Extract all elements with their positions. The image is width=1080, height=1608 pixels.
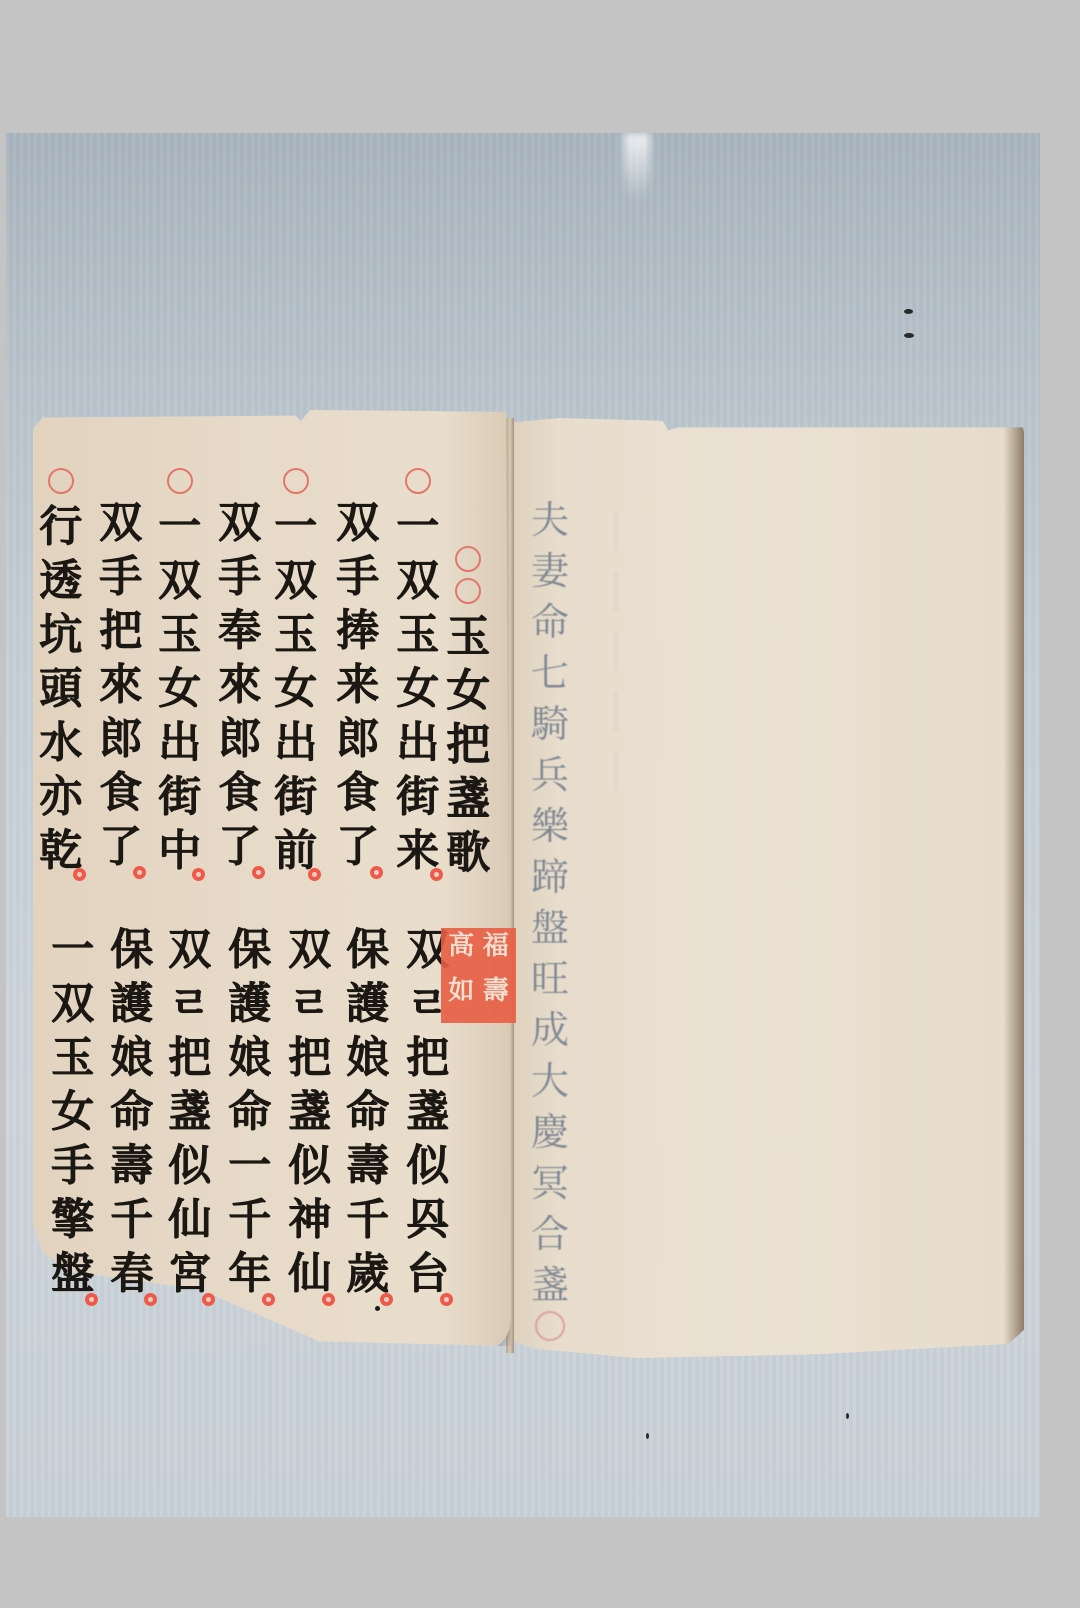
character: 命 — [110, 1085, 153, 1139]
character: 郎 — [99, 712, 142, 766]
verse-column-top: 一双玉女出街中 — [158, 468, 201, 878]
title-character: 歌 — [446, 826, 490, 880]
verse-column-top: 双手奉來郎食了 — [218, 468, 261, 874]
character: 玉 — [158, 608, 201, 662]
character: 似 — [406, 1139, 449, 1193]
character: 出 — [158, 716, 201, 770]
title-text: 玉女把盞歌 — [446, 610, 490, 880]
verse-start-circle — [48, 468, 74, 494]
verse-column-top: 双手把來郎食了 — [99, 468, 142, 874]
red-seal-stamp: 高 福 如 壽 — [441, 928, 516, 1023]
seal-char: 福 — [480, 932, 513, 975]
title-character: 盞 — [446, 772, 490, 826]
character: 双 — [99, 496, 142, 550]
character: 双 — [158, 554, 201, 608]
verse-column-top: 行透坑頭水亦乾 — [39, 468, 82, 878]
character: ㄹ — [169, 977, 211, 1031]
character: 娘 — [110, 1031, 153, 1085]
faint-character: 夫 — [531, 495, 569, 546]
character: 把 — [288, 1031, 331, 1085]
title-character: 把 — [446, 718, 490, 772]
character: 水 — [39, 716, 82, 770]
character: 玉 — [396, 608, 439, 662]
title-character: 玉 — [446, 610, 490, 664]
character: 頭 — [39, 662, 82, 716]
character: 手 — [336, 550, 379, 604]
character: 一 — [396, 500, 439, 554]
faint-character: 騎 — [531, 699, 569, 750]
character: 命 — [346, 1085, 389, 1139]
character: 命 — [228, 1085, 271, 1139]
surface-speck — [904, 309, 913, 314]
character: 街 — [396, 770, 439, 824]
verse-column-top: 双手捧来郎食了 — [336, 468, 379, 874]
character: 女 — [274, 662, 317, 716]
character: 一 — [228, 1139, 271, 1193]
character: 食 — [336, 766, 379, 820]
surface-speck — [904, 333, 914, 338]
faint-character: 成 — [531, 1005, 569, 1056]
verse-start-circle — [405, 468, 431, 494]
character: 玉 — [274, 608, 317, 662]
red-punctuation-dot — [73, 868, 86, 881]
verse-column-bottom: 一双玉女手擎盤 — [51, 895, 94, 1301]
character: 神 — [288, 1193, 331, 1247]
faint-character: 大 — [531, 1056, 569, 1107]
character: 來 — [218, 658, 261, 712]
character: 女 — [158, 662, 201, 716]
faint-character: 樂 — [531, 801, 569, 852]
faint-character: 盤 — [531, 903, 569, 954]
bleed-through-text: ｜｜｜｜｜ — [596, 503, 636, 803]
verse-column-bottom: 保護娘命壽千春 — [110, 895, 153, 1301]
character: ㄹ — [289, 977, 331, 1031]
character: 保 — [228, 923, 271, 977]
faint-character: 蹄 — [531, 852, 569, 903]
red-punctuation-dot — [370, 866, 383, 879]
character: 亦 — [39, 770, 82, 824]
red-punctuation-dot — [192, 868, 205, 881]
character: 把 — [168, 1031, 211, 1085]
character: 双 — [168, 923, 211, 977]
character: 出 — [396, 716, 439, 770]
title-character: 女 — [446, 664, 490, 718]
character: 手 — [51, 1139, 94, 1193]
faint-character: 兵 — [531, 750, 569, 801]
character: 一 — [51, 923, 94, 977]
character: 護 — [110, 977, 153, 1031]
red-punctuation-dot — [262, 1293, 275, 1306]
faint-character: 七 — [531, 648, 569, 699]
surface-speck — [646, 1433, 649, 1439]
character: 郎 — [336, 712, 379, 766]
red-punctuation-dot — [440, 1293, 453, 1306]
faint-character: 慶 — [531, 1107, 569, 1158]
character: 一 — [274, 500, 317, 554]
character: 擎 — [51, 1193, 94, 1247]
red-punctuation-dot — [85, 1293, 98, 1306]
red-punctuation-dot — [133, 866, 146, 879]
character: 出 — [274, 716, 317, 770]
character: 娘 — [228, 1031, 271, 1085]
character: 来 — [336, 658, 379, 712]
character: 把 — [406, 1031, 449, 1085]
right-page — [508, 418, 1024, 1358]
character: 街 — [274, 770, 317, 824]
character: 透 — [39, 554, 82, 608]
character: 食 — [99, 766, 142, 820]
character: 似 — [288, 1139, 331, 1193]
faint-character: 合 — [531, 1209, 569, 1260]
faint-handwritten-column: 夫妻命七騎兵樂蹄盤旺成大慶冥合盞 — [531, 495, 569, 1341]
character: 手 — [218, 550, 261, 604]
red-punctuation-dot — [322, 1293, 335, 1306]
red-punctuation-dot — [430, 868, 443, 881]
seal-char: 如 — [445, 977, 478, 1020]
verse-column-bottom: 保護娘命壽千歲 — [346, 895, 389, 1301]
verse-column-bottom: 双ㄹ把盞似仙宮 — [168, 895, 211, 1301]
title-circle-mark — [455, 578, 481, 604]
character: 來 — [99, 658, 142, 712]
character: 保 — [346, 923, 389, 977]
faint-character: 妻 — [531, 546, 569, 597]
character: 食 — [218, 766, 261, 820]
song-title: 玉女把盞歌 — [446, 546, 490, 880]
character: 壽 — [110, 1139, 153, 1193]
character: 盞 — [406, 1085, 449, 1139]
character: 盞 — [288, 1085, 331, 1139]
character: 一 — [158, 500, 201, 554]
verse-column-top: 一双玉女出街来 — [396, 468, 439, 878]
faint-end-circle — [535, 1311, 565, 1341]
character: 仙 — [168, 1193, 211, 1247]
photograph: ｜｜｜｜｜ 夫妻命七騎兵樂蹄盤旺成大慶冥合盞 玉女把盞歌 一双玉女出街来双手捧来… — [6, 133, 1040, 1517]
verse-column-top: 一双玉女出街前 — [274, 468, 317, 878]
character: 壽 — [346, 1139, 389, 1193]
ink-dot — [375, 1306, 380, 1311]
character: 奉 — [218, 604, 261, 658]
character: 護 — [228, 977, 271, 1031]
title-circle-mark — [455, 546, 481, 572]
seal-char: 壽 — [480, 977, 513, 1020]
character: 双 — [336, 496, 379, 550]
character: 双 — [218, 496, 261, 550]
character: 双 — [396, 554, 439, 608]
character: 捧 — [336, 604, 379, 658]
character: 千 — [228, 1193, 271, 1247]
red-punctuation-dot — [380, 1293, 393, 1306]
character: 双 — [51, 977, 94, 1031]
character: 行 — [39, 500, 82, 554]
red-punctuation-dot — [252, 866, 265, 879]
character: 街 — [158, 770, 201, 824]
light-glare — [624, 133, 650, 203]
verse-column-bottom: 双ㄹ把盞似神仙 — [288, 895, 331, 1301]
character: 保 — [110, 923, 153, 977]
character: 把 — [99, 604, 142, 658]
character: 女 — [51, 1085, 94, 1139]
red-punctuation-dot — [308, 868, 321, 881]
verse-start-circle — [283, 468, 309, 494]
seal-char: 高 — [445, 932, 478, 975]
character: 女 — [396, 662, 439, 716]
red-punctuation-dot — [144, 1293, 157, 1306]
verse-column-bottom: 保護娘命一千年 — [228, 895, 271, 1301]
character: 娘 — [346, 1031, 389, 1085]
character: 㒷 — [406, 1193, 449, 1247]
character: 護 — [346, 977, 389, 1031]
character: 似 — [168, 1139, 211, 1193]
character: 双 — [274, 554, 317, 608]
character: 千 — [346, 1193, 389, 1247]
character: 坑 — [39, 608, 82, 662]
character: 玉 — [51, 1031, 94, 1085]
verse-start-circle — [167, 468, 193, 494]
red-punctuation-dot — [202, 1293, 215, 1306]
faint-character: 旺 — [531, 954, 569, 1005]
character: 双 — [288, 923, 331, 977]
faint-character: 盞 — [531, 1260, 569, 1311]
faint-character: 命 — [531, 597, 569, 648]
character: 千 — [110, 1193, 153, 1247]
character: 郎 — [218, 712, 261, 766]
surface-speck — [846, 1413, 849, 1419]
character: 盞 — [168, 1085, 211, 1139]
faint-character: 冥 — [531, 1158, 569, 1209]
character: 手 — [99, 550, 142, 604]
